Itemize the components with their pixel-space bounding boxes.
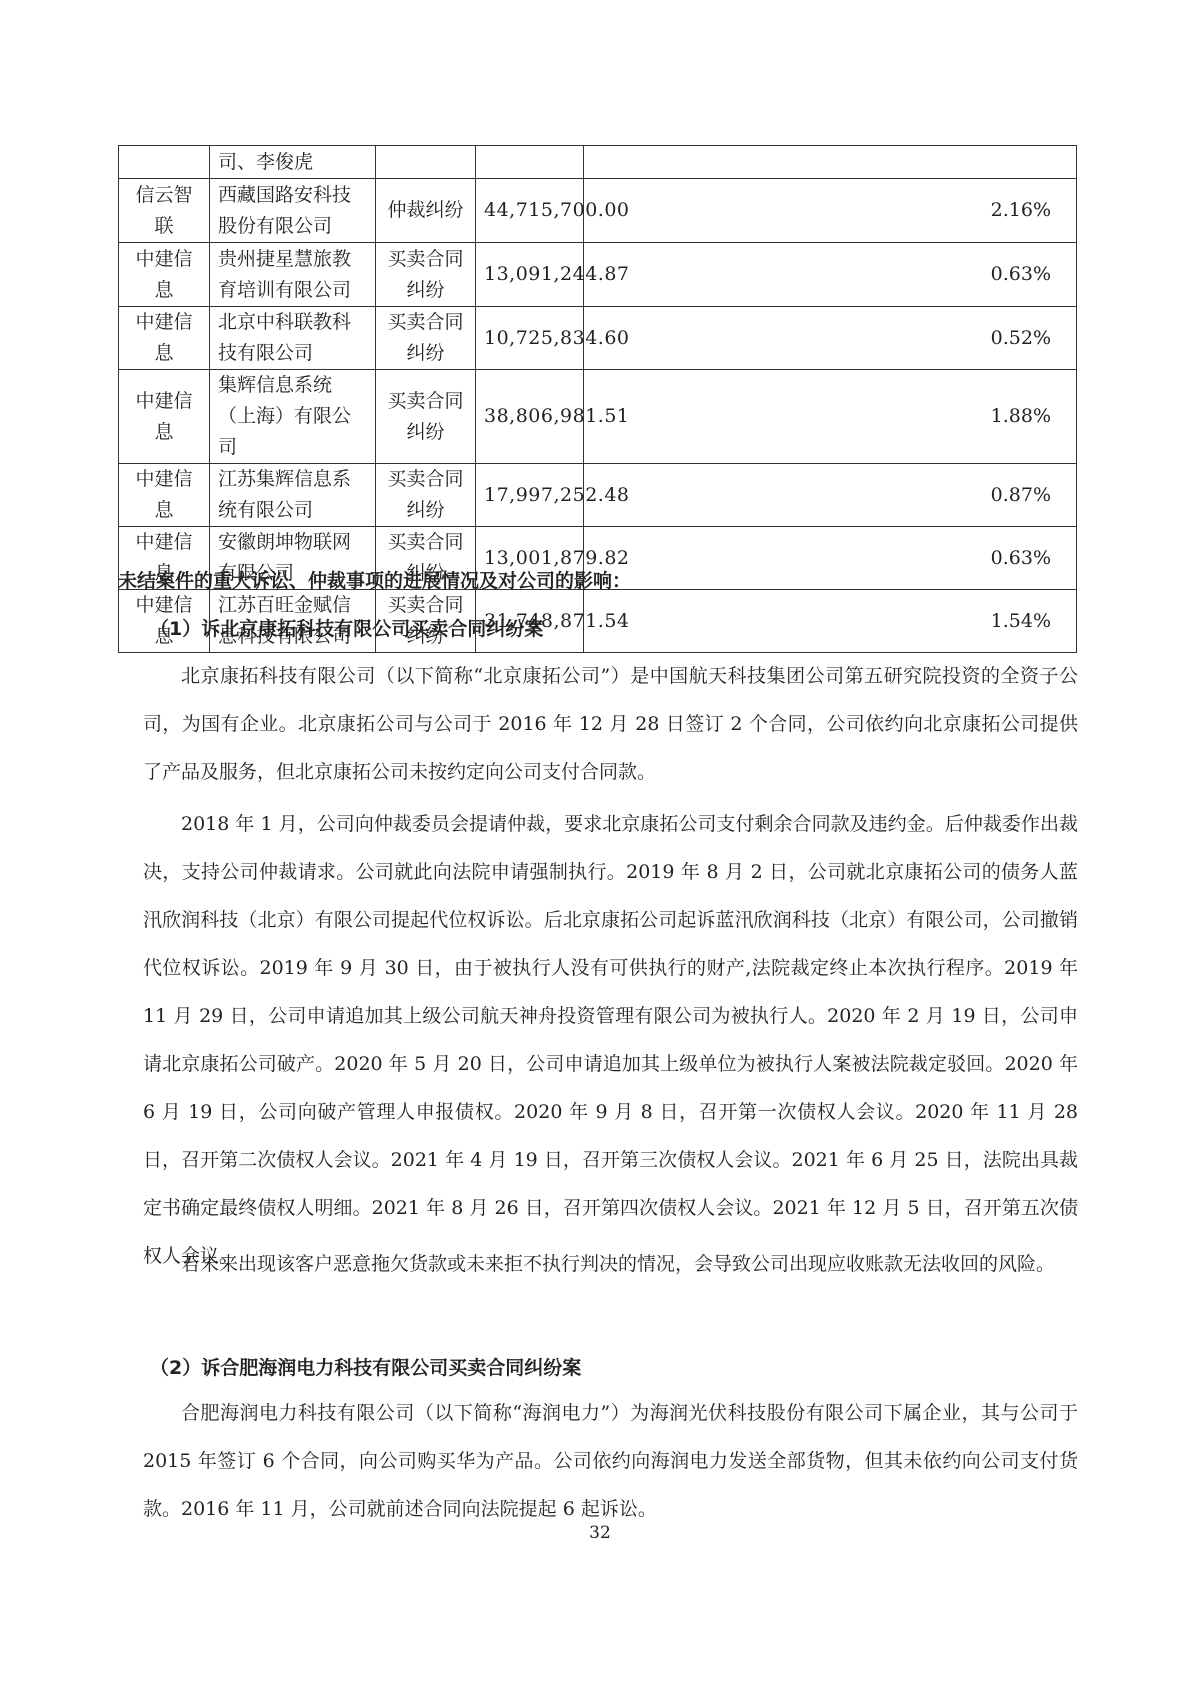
page-number: 32	[0, 1523, 1200, 1543]
case-type-cell	[376, 146, 476, 179]
case-type-cell: 买卖合同纠纷	[376, 464, 476, 527]
amount-cell: 38,806,981.51	[476, 370, 584, 464]
amount-cell: 13,091,244.87	[476, 243, 584, 307]
table-row: 中建信息 贵州捷星慧旅教育培训有限公司 买卖合同纠纷 13,091,244.87…	[119, 243, 1077, 307]
counterparty-cell: 江苏集辉信息系统有限公司	[210, 464, 376, 527]
case-2-heading: （2）诉合肥海润电力科技有限公司买卖合同纠纷案	[150, 1353, 581, 1380]
case-type-cell: 买卖合同纠纷	[376, 243, 476, 307]
ratio-cell: 0.87%	[584, 464, 1077, 527]
table-row: 中建信息 江苏集辉信息系统有限公司 买卖合同纠纷 17,997,252.48 0…	[119, 464, 1077, 527]
party-cell: 中建信息	[119, 307, 210, 370]
table-row: 中建信息 集辉信息系统（上海）有限公司 买卖合同纠纷 38,806,981.51…	[119, 370, 1077, 464]
party-cell: 信云智联	[119, 179, 210, 243]
ratio-cell: 0.63%	[584, 527, 1077, 590]
document-page: 司、李俊虎 信云智联 西藏国路安科技股份有限公司 仲裁纠纷 44,715,700…	[0, 0, 1200, 1697]
amount-cell	[476, 146, 584, 179]
party-cell: 中建信息	[119, 370, 210, 464]
counterparty-cell: 司、李俊虎	[210, 146, 376, 179]
case-1-paragraph-3: 若未来出现该客户恶意拖欠货款或未来拒不执行判决的情况，会导致公司出现应收账款无法…	[143, 1240, 1078, 1288]
counterparty-cell: 集辉信息系统（上海）有限公司	[210, 370, 376, 464]
counterparty-cell: 贵州捷星慧旅教育培训有限公司	[210, 243, 376, 307]
party-cell: 中建信息	[119, 464, 210, 527]
case-type-cell: 仲裁纠纷	[376, 179, 476, 243]
ratio-cell: 1.54%	[584, 590, 1077, 653]
case-1-paragraph-1: 北京康拓科技有限公司（以下简称“北京康拓公司”）是中国航天科技集团公司第五研究院…	[143, 652, 1078, 796]
counterparty-cell: 西藏国路安科技股份有限公司	[210, 179, 376, 243]
case-type-cell: 买卖合同纠纷	[376, 370, 476, 464]
section-heading: 未结案件的重大诉讼、仲裁事项的进展情况及对公司的影响：	[118, 566, 631, 593]
case-1-heading: （1）诉北京康拓科技有限公司买卖合同纠纷案	[150, 614, 543, 641]
amount-cell: 17,997,252.48	[476, 464, 584, 527]
table-row: 司、李俊虎	[119, 146, 1077, 179]
table-row: 中建信息 北京中科联教科技有限公司 买卖合同纠纷 10,725,834.60 0…	[119, 307, 1077, 370]
ratio-cell: 1.88%	[584, 370, 1077, 464]
ratio-cell	[584, 146, 1077, 179]
ratio-cell: 0.52%	[584, 307, 1077, 370]
ratio-cell: 2.16%	[584, 179, 1077, 243]
party-cell: 中建信息	[119, 243, 210, 307]
ratio-cell: 0.63%	[584, 243, 1077, 307]
case-type-cell: 买卖合同纠纷	[376, 307, 476, 370]
case-2-paragraph-1: 合肥海润电力科技有限公司（以下简称“海润电力”）为海润光伏科技股份有限公司下属企…	[143, 1389, 1078, 1533]
counterparty-cell: 北京中科联教科技有限公司	[210, 307, 376, 370]
amount-cell: 10,725,834.60	[476, 307, 584, 370]
party-cell	[119, 146, 210, 179]
case-1-paragraph-2: 2018 年 1 月，公司向仲裁委员会提请仲裁，要求北京康拓公司支付剩余合同款及…	[143, 800, 1078, 1280]
amount-cell: 44,715,700.00	[476, 179, 584, 243]
table-row: 信云智联 西藏国路安科技股份有限公司 仲裁纠纷 44,715,700.00 2.…	[119, 179, 1077, 243]
